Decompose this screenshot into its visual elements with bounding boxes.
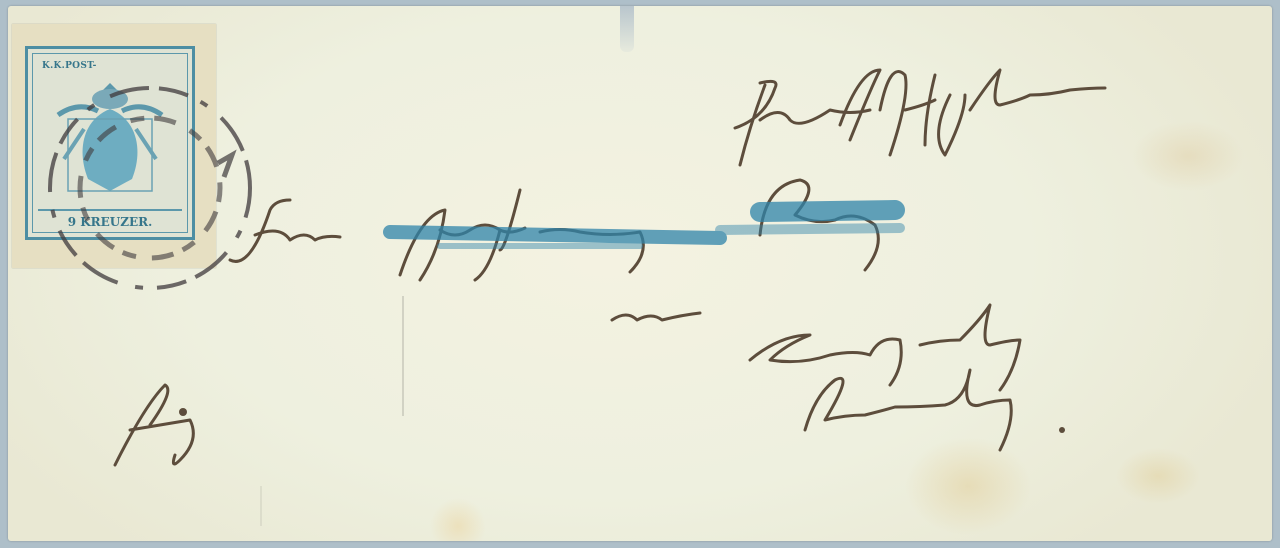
envelope-tear: [620, 6, 634, 52]
postmark-icon: [40, 68, 266, 304]
fold-crease: [260, 486, 262, 526]
fold-crease: [402, 296, 404, 416]
